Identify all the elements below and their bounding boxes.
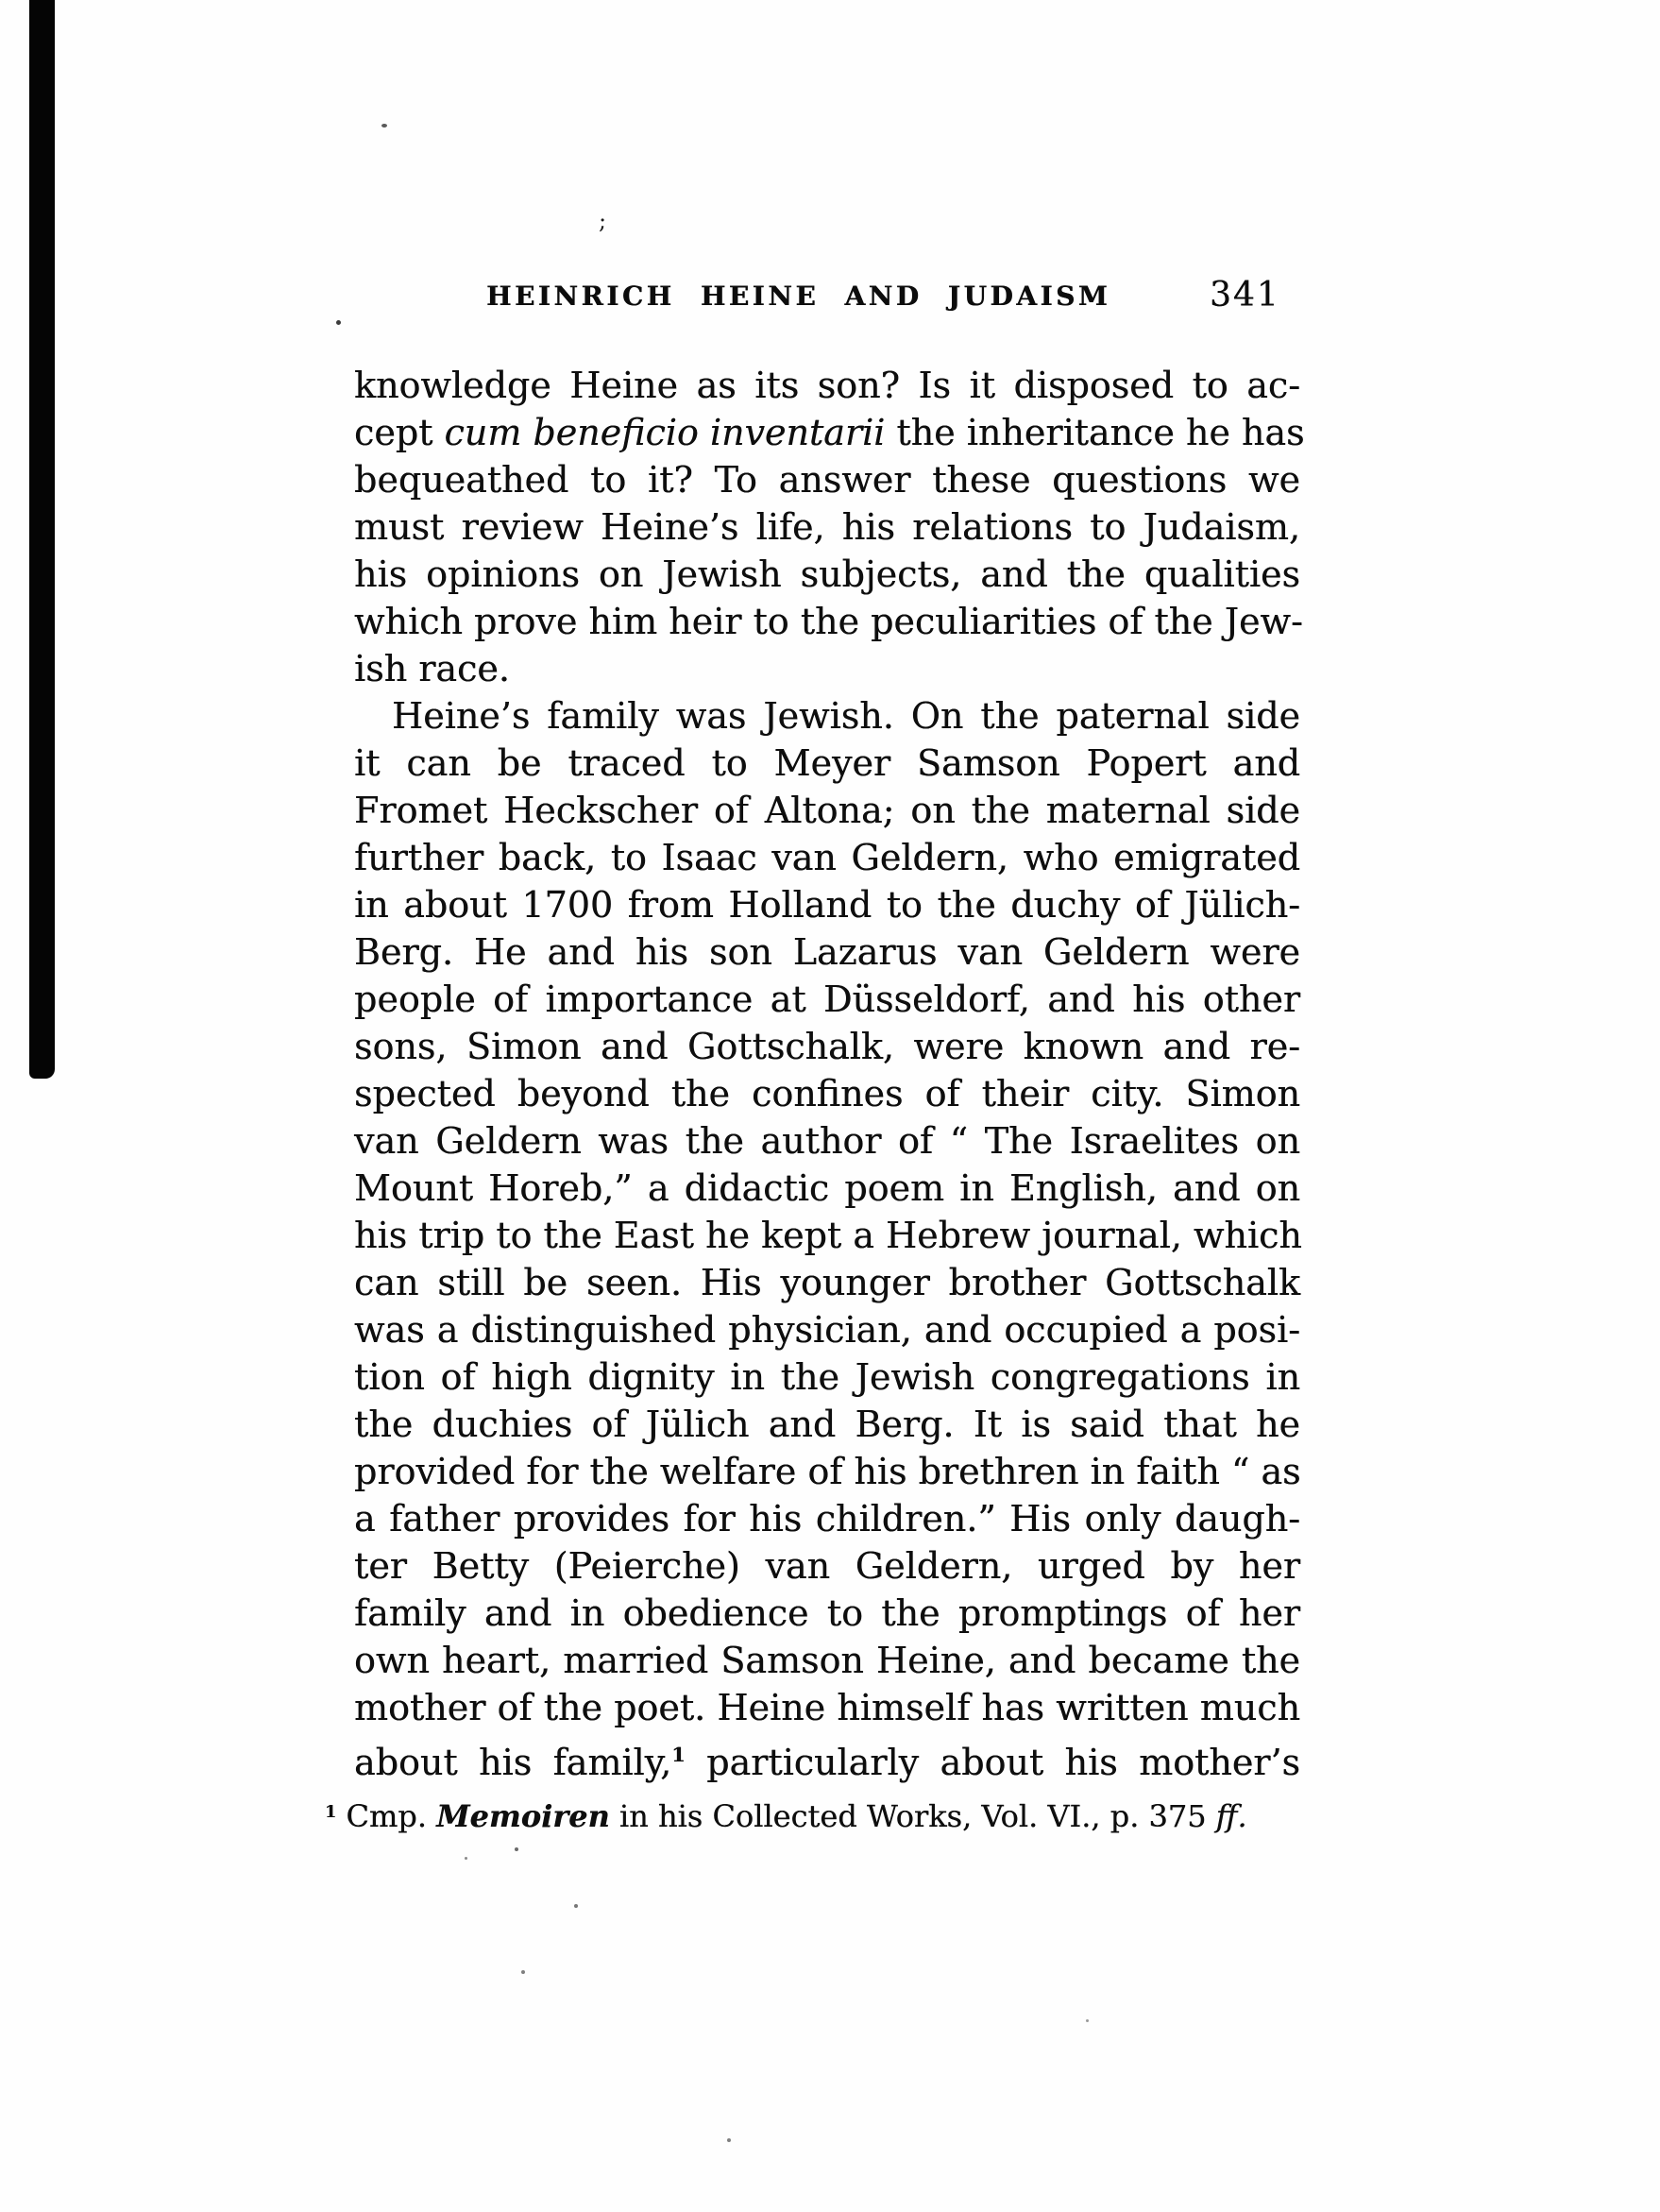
- text-segment: family and in obedience to the prompting…: [354, 1592, 1300, 1634]
- text-segment: Cmp.: [336, 1798, 436, 1834]
- text-segment: the duchies of Jülich and Berg. It is sa…: [354, 1404, 1300, 1445]
- text-segment: tion of high dignity in the Jewish congr…: [354, 1356, 1300, 1398]
- text-line: people of importance at Düsseldorf, and …: [354, 976, 1300, 1023]
- text-line: knowledge Heine as its son? Is it dispos…: [354, 362, 1300, 409]
- text-segment: his opinions on Jewish subjects, and the…: [354, 553, 1300, 595]
- text-segment: mother of the poet. Heine himself has wr…: [354, 1687, 1300, 1728]
- scan-speck: [336, 320, 341, 325]
- scan-speck: [727, 2138, 731, 2142]
- body-text: knowledge Heine as its son? Is it dispos…: [354, 362, 1300, 1778]
- scan-speck: [1086, 2019, 1089, 2022]
- text-segment: people of importance at Düsseldorf, and …: [354, 978, 1300, 1020]
- text-segment: 1: [671, 1743, 686, 1766]
- text-segment: can still be seen. His younger brother G…: [354, 1262, 1300, 1303]
- text-line: was a distinguished physician, and occup…: [354, 1306, 1300, 1353]
- text-line: can still be seen. His younger brother G…: [354, 1259, 1300, 1306]
- text-line: his trip to the East he kept a Hebrew jo…: [354, 1212, 1300, 1259]
- text-line: own heart, married Samson Heine, and bec…: [354, 1637, 1300, 1684]
- text-line: the duchies of Jülich and Berg. It is sa…: [354, 1401, 1300, 1448]
- text-segment: about his family,: [354, 1742, 671, 1783]
- text-segment: bequeathed to it? To answer these questi…: [354, 459, 1300, 501]
- text-line: sons, Simon and Gottschalk, were known a…: [354, 1023, 1300, 1070]
- text-line: about his family,1 particularly about hi…: [354, 1731, 1300, 1778]
- footnote: 1 Cmp. Memoiren in his Collected Works, …: [325, 1793, 1269, 1836]
- text-line: Berg. He and his son Lazarus van Geldern…: [354, 928, 1300, 976]
- text-segment: Berg. He and his son Lazarus van Geldern…: [354, 931, 1300, 973]
- text-line: his opinions on Jewish subjects, and the…: [354, 551, 1300, 598]
- text-line: ish race.: [354, 645, 1300, 692]
- text-segment: a father provides for his children.” His…: [354, 1498, 1300, 1540]
- text-segment: ter Betty (Peierche) van Geldern, urged …: [354, 1545, 1300, 1587]
- text-segment: sons, Simon and Gottschalk, were known a…: [354, 1026, 1300, 1067]
- text-segment: must review Heine’s life, his relations …: [354, 506, 1300, 548]
- text-segment: own heart, married Samson Heine, and bec…: [354, 1640, 1300, 1681]
- text-segment: provided for the welfare of his brethren…: [354, 1451, 1301, 1492]
- text-segment: it can be traced to Meyer Samson Popert …: [354, 742, 1300, 784]
- text-segment: cum beneficio inventarii: [444, 412, 885, 453]
- text-segment: spected beyond the confines of their cit…: [354, 1073, 1300, 1115]
- text-line: it can be traced to Meyer Samson Popert …: [354, 740, 1300, 787]
- text-line: spected beyond the confines of their cit…: [354, 1070, 1300, 1117]
- text-segment: his trip to the East he kept a Hebrew jo…: [354, 1215, 1302, 1256]
- scan-speck: ;: [599, 210, 606, 232]
- text-segment: Heine’s family was Jewish. On the patern…: [392, 695, 1300, 737]
- text-segment: van Geldern was the author of “ The Isra…: [354, 1120, 1300, 1162]
- text-line: tion of high dignity in the Jewish congr…: [354, 1353, 1300, 1401]
- text-line: van Geldern was the author of “ The Isra…: [354, 1117, 1300, 1165]
- text-segment: Mount Horeb,” a didactic poem in English…: [354, 1167, 1300, 1209]
- text-segment: Memoiren: [436, 1798, 610, 1834]
- text-segment: cept: [354, 412, 444, 453]
- text-segment: particularly about his mother’s: [686, 1742, 1300, 1783]
- text-segment: 1: [325, 1802, 336, 1822]
- scan-speck: [574, 1904, 578, 1908]
- text-line: provided for the welfare of his brethren…: [354, 1448, 1300, 1495]
- scan-artifact-bar: [29, 0, 55, 1079]
- text-line: Fromet Heckscher of Altona; on the mater…: [354, 787, 1300, 834]
- text-line: which prove him heir to the peculiaritie…: [354, 598, 1300, 645]
- text-segment: ff.: [1216, 1798, 1247, 1834]
- text-segment: knowledge Heine as its son? Is it dispos…: [354, 365, 1300, 406]
- scan-speck: [381, 124, 387, 128]
- text-segment: was a distinguished physician, and occup…: [354, 1309, 1300, 1351]
- text-line: in about 1700 from Holland to the duchy …: [354, 881, 1300, 928]
- text-segment: which prove him heir to the peculiaritie…: [354, 601, 1303, 642]
- text-line: Mount Horeb,” a didactic poem in English…: [354, 1165, 1300, 1212]
- text-line: mother of the poet. Heine himself has wr…: [354, 1684, 1300, 1731]
- text-line: a father provides for his children.” His…: [354, 1495, 1300, 1542]
- text-line: further back, to Isaac van Geldern, who …: [354, 834, 1300, 881]
- text-segment: Fromet Heckscher of Altona; on the mater…: [354, 790, 1300, 831]
- text-segment: in his Collected Works, Vol. VI., p. 375: [610, 1798, 1216, 1834]
- scan-speck: [465, 1857, 467, 1860]
- text-line: Heine’s family was Jewish. On the patern…: [354, 692, 1300, 740]
- text-segment: in about 1700 from Holland to the duchy …: [354, 884, 1300, 926]
- scan-speck: [521, 1970, 525, 1974]
- scan-speck: [515, 1847, 518, 1851]
- page-number: 341: [1210, 276, 1280, 315]
- text-segment: further back, to Isaac van Geldern, who …: [354, 837, 1300, 878]
- text-segment: ish race.: [354, 648, 510, 689]
- text-line: cept cum beneficio inventarii the inheri…: [354, 409, 1300, 456]
- text-line: must review Heine’s life, his relations …: [354, 503, 1300, 551]
- text-line: bequeathed to it? To answer these questi…: [354, 456, 1300, 503]
- running-title: HEINRICH HEINE AND JUDAISM: [486, 281, 1110, 312]
- text-segment: the inheritance he has: [885, 412, 1304, 453]
- book-page: ; HEINRICH HEINE AND JUDAISM 341 knowled…: [0, 0, 1660, 2212]
- text-line: family and in obedience to the prompting…: [354, 1590, 1300, 1637]
- text-line: ter Betty (Peierche) van Geldern, urged …: [354, 1542, 1300, 1590]
